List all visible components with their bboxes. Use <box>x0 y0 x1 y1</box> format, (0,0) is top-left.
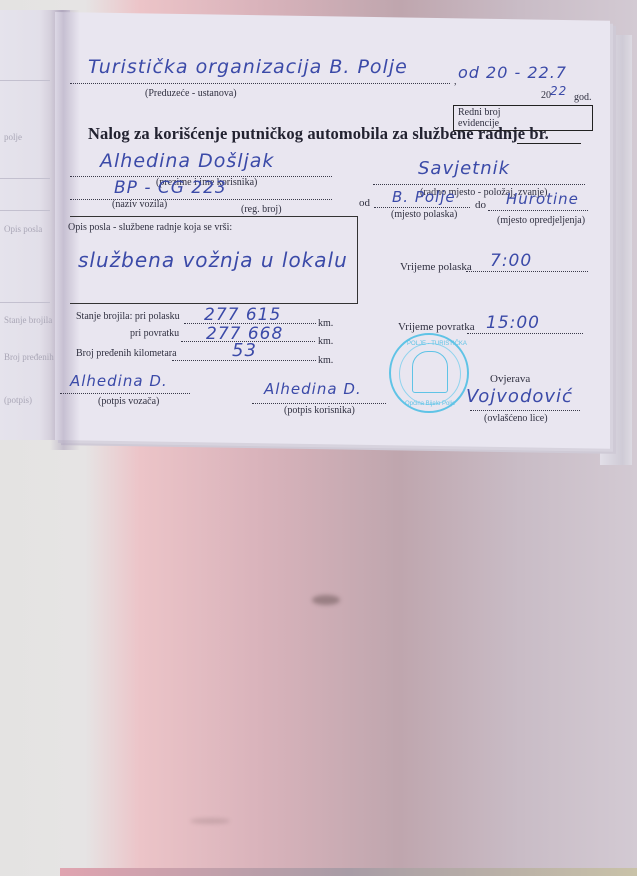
smudge <box>190 818 230 824</box>
odometer-start-label: Stanje brojila: pri polasku <box>76 311 180 322</box>
task-handwritten: službena vožnja u lokalu <box>78 248 348 272</box>
user-name-handwritten: Alhedina Došljak <box>100 150 274 172</box>
odometer-start-unit: km. <box>318 318 333 329</box>
stamp-emblem-icon <box>412 351 448 393</box>
user-signature-line <box>252 403 386 404</box>
authorized-signature-label: (ovlašćeno lice) <box>484 413 548 424</box>
scan-edge <box>60 868 637 876</box>
official-stamp: POLJE - TURISTIČKA Općina Bijelo Polje <box>389 333 469 413</box>
date-handwritten: od 20 - 22.7 <box>458 63 567 82</box>
stamp-text-top: POLJE - TURISTIČKA <box>407 341 467 347</box>
departure-time-line <box>466 271 588 272</box>
distance-unit: km. <box>318 355 333 366</box>
odometer-return-unit: km. <box>318 336 333 347</box>
return-time-label: Vrijeme povratka <box>398 321 475 333</box>
distance-label: Broj pređenih kilometara <box>76 348 177 359</box>
smudge <box>312 595 340 605</box>
return-time-handwritten: 15:00 <box>486 313 540 333</box>
ghost-line <box>0 178 50 179</box>
user-signature-label: (potpis korisnika) <box>284 405 355 416</box>
year-handwritten: 22 <box>550 84 567 98</box>
ghost-text: (potpis) <box>4 395 32 405</box>
driver-signature: Alhedina D. <box>70 372 168 390</box>
ghost-line <box>0 210 50 211</box>
organization-line <box>70 83 450 84</box>
user-signature: Alhedina D. <box>264 380 362 398</box>
vehicle-reg-label: (reg. broj) <box>241 204 282 215</box>
vehicle-name-label: (naziv vozila) <box>112 199 167 210</box>
vehicle-handwritten: BP - CG 223 <box>114 178 227 198</box>
ghost-text: Opis posla <box>4 224 42 234</box>
position-handwritten: Savjetnik <box>418 158 510 179</box>
ghost-line <box>0 80 50 81</box>
authorized-signature-line <box>470 410 580 411</box>
departure-place-label: (mjesto polaska) <box>391 209 457 220</box>
ghost-text: Broj pređenih <box>4 352 54 362</box>
driver-signature-line <box>60 393 190 394</box>
form-title: Nalog za korišćenje putničkog automobila… <box>88 124 549 144</box>
to-label: do <box>475 199 486 211</box>
year-suffix: god. <box>574 92 592 103</box>
departure-place-line <box>374 207 470 208</box>
comma: , <box>454 76 457 87</box>
certified-heading: Ovjerava <box>490 373 530 385</box>
stamp-text-bottom: Općina Bijelo Polje <box>405 401 455 407</box>
odometer-return-label: pri povratku <box>130 328 179 339</box>
ghost-text: Stanje brojila <box>4 315 52 325</box>
form-number-blank[interactable] <box>517 143 581 144</box>
organization-handwritten: Turistička organizacija B. Polje <box>88 56 408 78</box>
registry-label-line1: Redni broj <box>458 107 588 118</box>
ghost-line <box>0 302 50 303</box>
from-label: od <box>359 197 370 209</box>
distance-handwritten: 53 <box>232 340 257 361</box>
destination-handwritten: Hurotine <box>506 190 579 208</box>
driver-signature-label: (potpis vozača) <box>98 396 159 407</box>
organization-label: (Preduzeće - ustanova) <box>145 88 237 99</box>
departure-time-handwritten: 7:00 <box>490 251 532 271</box>
authorized-signature: Vojvodović <box>466 386 573 407</box>
task-label: Opis posla - službene radnje koja se vrš… <box>68 222 232 233</box>
departure-place-handwritten: B. Polje <box>392 188 456 206</box>
return-time-line <box>467 333 583 334</box>
departure-time-label: Vrijeme polaska <box>400 261 472 273</box>
odometer-start-handwritten: 277 615 <box>204 305 281 325</box>
ghost-text: polje <box>4 132 22 142</box>
destination-line <box>488 210 588 211</box>
position-line <box>373 184 585 185</box>
vehicle-line <box>70 199 332 200</box>
destination-label: (mjesto opredjeljenja) <box>497 215 585 226</box>
